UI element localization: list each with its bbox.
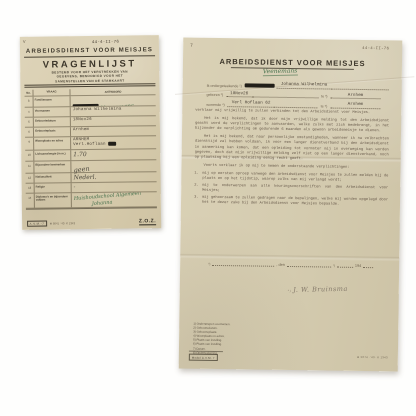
signature-text: J. W. Bruinsma [293, 285, 348, 294]
intro-value-name: Johanna Wilhelmina [277, 82, 332, 89]
print-code: ⊕ 5041 ·'43· K 1343 [50, 221, 75, 225]
row-question: Geboortedatum [34, 117, 71, 126]
form-model-box: A.V.M.-7 [27, 220, 47, 226]
footnote-marker: ⁸) [288, 289, 291, 293]
card-org-title: ARBEIDSDIENST VOOR MEISJES [24, 47, 155, 58]
intro-value-birthdate: 18Nov26 [226, 91, 252, 98]
row-question: Voornamen [34, 107, 71, 116]
obligation-item-1: 1. mij op eersten oproep vanwege den Arb… [194, 172, 388, 185]
row-answer: Arnhem [71, 126, 156, 136]
intro-label-2b: te ³) [321, 94, 327, 98]
intro-value-birthplace: Arnhem [330, 92, 380, 99]
row-question: Bijzondere kenmerken [34, 161, 71, 172]
header-antwoord: ANTWOORD [70, 88, 155, 95]
row-no: 9 [25, 138, 34, 150]
footnote-marker: ⁶) [208, 262, 210, 266]
row-no: 3 [25, 97, 34, 107]
row-question: Woonplaats en adres [34, 137, 71, 149]
product-photo: V 44-4-II-76 ARBEIDSDIENST VOOR MEISJES … [0, 0, 416, 416]
table-row: 14 Diploma's en bijzondere vakken Huisho… [26, 192, 157, 209]
form-model-box: Model A.V.M. 7 [189, 354, 218, 361]
obligation-item-2: 2. mij te onderwerpen aan alle keuringsv… [194, 184, 388, 197]
row-no: 12 [25, 174, 34, 183]
row-question: Religie [35, 183, 72, 192]
header-no: No. [24, 90, 33, 96]
item-text: mij op eersten oproep vanwege den Arbeid… [202, 172, 388, 185]
item-number: 2. [194, 184, 202, 195]
date-line-year: 194 [355, 264, 361, 268]
body-paragraph-2: Het is mij bekend, dat ik door mijn vrij… [195, 116, 389, 135]
intro-label-3b: te ⁵) [321, 104, 328, 108]
row-answer: 18Nov26 [71, 116, 156, 126]
dotted-line [274, 106, 317, 108]
date-line-den: , den [276, 263, 285, 267]
sheet-ref-number: 44-4-II-76 [362, 47, 389, 51]
questionnaire-table: No. VRAAG ANTWOORD 3 Familienaam Veenema… [24, 88, 156, 210]
row-no: 4 [25, 108, 34, 117]
body-paragraph-4: Voorts verklaar ik op mij te nemen de on… [194, 164, 388, 172]
dotted-line [212, 265, 274, 267]
item-text: mij gehoorzaam te zullen gedragen naar d… [202, 196, 388, 209]
header-vraag: VRAAG [33, 89, 70, 95]
row-answer-handwritten: - [72, 182, 157, 192]
intro-block: Ik ondergeteekende ¹) Johanna Wilhelmina… [206, 78, 388, 109]
double-rule [24, 83, 155, 87]
declaration-body: verklaar mij vrijwillig te zullen verbin… [194, 109, 389, 211]
intro-value-address: Verl Hoflaan 62 [228, 100, 275, 107]
row-answer: Veenemans [71, 95, 156, 106]
row-question: Nationaliteit [34, 173, 71, 182]
intro-value-city: Arnhem [330, 102, 380, 109]
row-answer-handwritten: Nederl. [71, 172, 156, 182]
card-corner-mark: V [23, 39, 26, 44]
row-no: 11 [25, 162, 34, 173]
street-text: Verl.Hoflaan [73, 143, 106, 147]
row-answer: ARNHEM Verl.Hoflaan [71, 136, 156, 149]
intro-label-3: wonende ⁴) [206, 102, 224, 106]
dotted-line [287, 266, 331, 268]
intro-label-1: Ik ondergeteekende ¹) [207, 83, 242, 87]
body-paragraph-3: Het is mij bekend, dat naar persoonlijke… [195, 135, 389, 164]
zoz-label: Z.O.Z. [139, 218, 156, 225]
row-no: 13 [26, 184, 35, 193]
answer-street: Verl.Hoflaan [73, 141, 154, 147]
declaration-sheet: 7 44-4-II-76 ARBEIDSDIENST VOOR MEISJES … [179, 37, 403, 371]
obligation-item-3: 3. mij gehoorzaam te zullen gedragen naa… [194, 196, 388, 209]
row-question: Diploma's en bijzondere vakken [35, 193, 72, 207]
body-paragraph-1: verklaar mij vrijwillig te zullen verbin… [195, 109, 389, 117]
dotted-line [337, 267, 353, 268]
row-question: Lichaamslengte (in m.) [34, 150, 71, 160]
intro-label-2: geboren ²) [206, 93, 223, 97]
date-line: ⁶) , den ⁷) 194 [208, 262, 381, 268]
card-ref-number: 44-4-II-76 [92, 41, 119, 45]
pencil-signature: ⁸)J. W. Bruinsma [288, 285, 348, 294]
handwritten-surname-green: Veenemans [263, 67, 298, 76]
vragenlijst-card: V 44-4-II-76 ARBEIDSDIENST VOOR MEISJES … [20, 35, 161, 230]
row-answer: Huishoudschool Algemeen Johanna [72, 192, 157, 207]
card-subtitle: BESTEMD VOOR HET VERSTREKKEN VAN GEGEVEN… [28, 69, 151, 83]
row-answer: Johanna Wilhelmina [71, 106, 156, 116]
row-no: 6 [25, 128, 34, 137]
item-text: mij te onderwerpen aan alle keuringsvoor… [202, 184, 388, 197]
row-no: 14 [26, 194, 35, 208]
dotted-line [363, 267, 373, 268]
row-no: 10 [25, 151, 34, 161]
redaction-mark [245, 83, 275, 87]
row-no: 5 [25, 118, 34, 127]
row-question: Geboorteplaats [34, 127, 71, 136]
item-number: 1. [194, 172, 202, 183]
redaction-mark [73, 104, 99, 107]
item-number: 3. [194, 196, 202, 207]
card-footer: A.V.M.-7 ⊕ 5041 ·'43· K 1343 Z.O.Z. [27, 218, 156, 227]
print-code: ⊕ 5074 ·'43· K 1343 [357, 355, 388, 359]
row-question: Familienaam [34, 96, 71, 106]
sheet-corner-mark: 7 [190, 43, 193, 48]
footnote-marker: ⁷) [333, 264, 335, 268]
redaction-mark [108, 142, 116, 146]
